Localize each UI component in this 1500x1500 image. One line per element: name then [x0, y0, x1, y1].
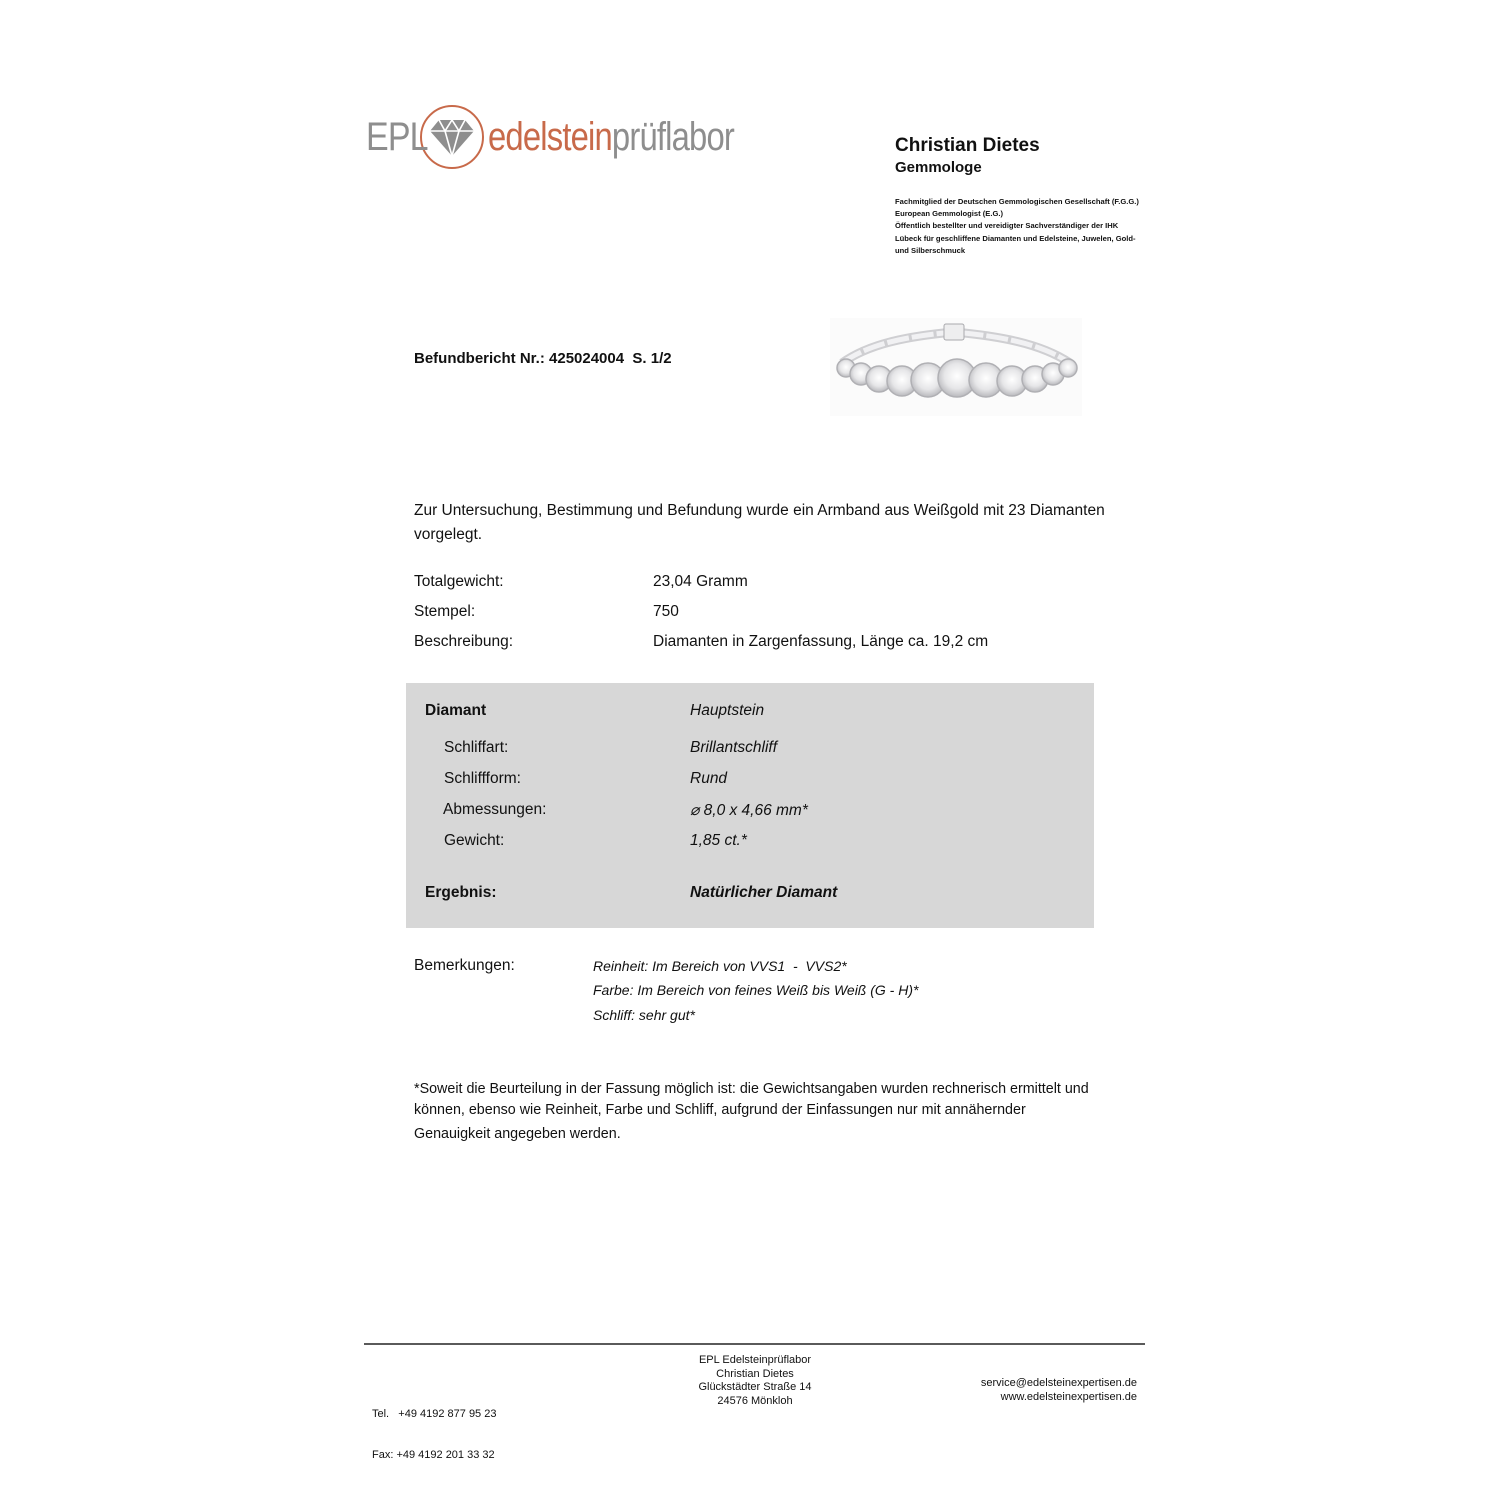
company-logo: EPL edelsteinprüflabor [366, 104, 788, 170]
logo-word-prueflabor: prüflabor [612, 115, 734, 159]
address-line: EPL Edelsteinprüflabor [655, 1354, 855, 1368]
report-number: Befundbericht Nr.: 425024004 S. 1/2 [414, 350, 672, 367]
remark-line: Farbe: Im Bereich von feines Weiß bis We… [593, 982, 918, 998]
result-label: Ergebnis: [425, 884, 496, 902]
credential-line: European Gemmologist (E.G.) [895, 208, 1185, 220]
credential-line: Öffentlich bestellter und vereidigter Sa… [895, 220, 1185, 232]
footnote: *Soweit die Beurteilung in der Fassung m… [414, 1079, 1114, 1145]
remark-line: Reinheit: Im Bereich von VVS1 - VVS2* [593, 958, 847, 974]
credential-line: Lübeck für geschliffene Diamanten und Ed… [895, 233, 1185, 245]
property-label: Totalgewicht: [414, 573, 504, 590]
footer-contact: Tel. +49 4192 877 95 23 Fax: +49 4192 20… [372, 1381, 496, 1476]
property-value: 750 [653, 603, 679, 621]
diamond-row-value: 1,85 ct.* [690, 832, 747, 850]
diamond-icon [420, 105, 484, 169]
diamond-row-label: Gewicht: [444, 832, 504, 850]
bracelet-photo [830, 318, 1082, 416]
diamond-heading: Diamant [425, 702, 486, 720]
address-line: 24576 Mönkloh [655, 1395, 855, 1409]
footnote-text: *Soweit die Beurteilung in der Fassung m… [414, 1081, 1089, 1118]
footer-address: EPL Edelsteinprüflabor Christian Dietes … [655, 1354, 855, 1408]
property-row: Beschreibung: Diamanten in Zargenfassung… [414, 633, 513, 651]
expert-name: Christian Dietes [895, 135, 1185, 157]
footer-email-link[interactable]: service@edelsteinexpertisen.de [900, 1377, 1137, 1391]
expert-role: Gemmologe [895, 157, 1185, 179]
property-value: Diamanten in Zargenfassung, Länge ca. 19… [653, 633, 988, 651]
footnote-last-line: Genauigkeit angegeben werden. [414, 1124, 1114, 1145]
intro-text: Zur Untersuchung, Bestimmung und Befundu… [414, 499, 1114, 547]
logo-prefix: EPL [366, 115, 414, 160]
diamond-row-value: Brillantschliff [690, 739, 777, 757]
remarks-label: Bemerkungen: [414, 957, 515, 975]
property-label: Beschreibung: [414, 633, 513, 650]
diamond-row-label: Abmessungen: [443, 801, 546, 819]
diamond-heading-value: Hauptstein [690, 702, 764, 720]
credential-line: Fachmitglied der Deutschen Gemmologische… [895, 196, 1185, 208]
property-row: Totalgewicht: 23,04 Gramm [414, 573, 504, 591]
diamond-details-box: Diamant Hauptstein Schliffart: Brillants… [406, 683, 1094, 928]
property-label: Stempel: [414, 603, 475, 620]
address-line: Glückstädter Straße 14 [655, 1381, 855, 1395]
diamond-row-label: Schliffform: [444, 770, 521, 788]
footer-divider [364, 1343, 1145, 1345]
address-line: Christian Dietes [655, 1368, 855, 1382]
diamond-row-value: Rund [690, 770, 727, 788]
footer-website-link[interactable]: www.edelsteinexpertisen.de [900, 1391, 1137, 1405]
credential-line: und Silberschmuck [895, 245, 1185, 257]
diamond-row-value: ⌀ 8,0 x 4,66 mm* [690, 801, 808, 820]
expert-info: Christian Dietes Gemmologe Fachmitglied … [895, 135, 1185, 257]
logo-wordmark: edelsteinprüflabor [488, 115, 734, 160]
footer-fax: Fax: +49 4192 201 33 32 [372, 1449, 496, 1463]
footer-online: service@edelsteinexpertisen.de www.edels… [900, 1377, 1137, 1404]
expert-credentials: Fachmitglied der Deutschen Gemmologische… [895, 196, 1185, 257]
remark-line: Schliff: sehr gut* [593, 1007, 695, 1023]
footer-phone: Tel. +49 4192 877 95 23 [372, 1408, 496, 1422]
result-value: Natürlicher Diamant [690, 884, 837, 902]
logo-word-edelstein: edelstein [488, 115, 612, 159]
diamond-row-label: Schliffart: [444, 739, 508, 757]
property-row: Stempel: 750 [414, 603, 475, 621]
property-value: 23,04 Gramm [653, 573, 748, 591]
